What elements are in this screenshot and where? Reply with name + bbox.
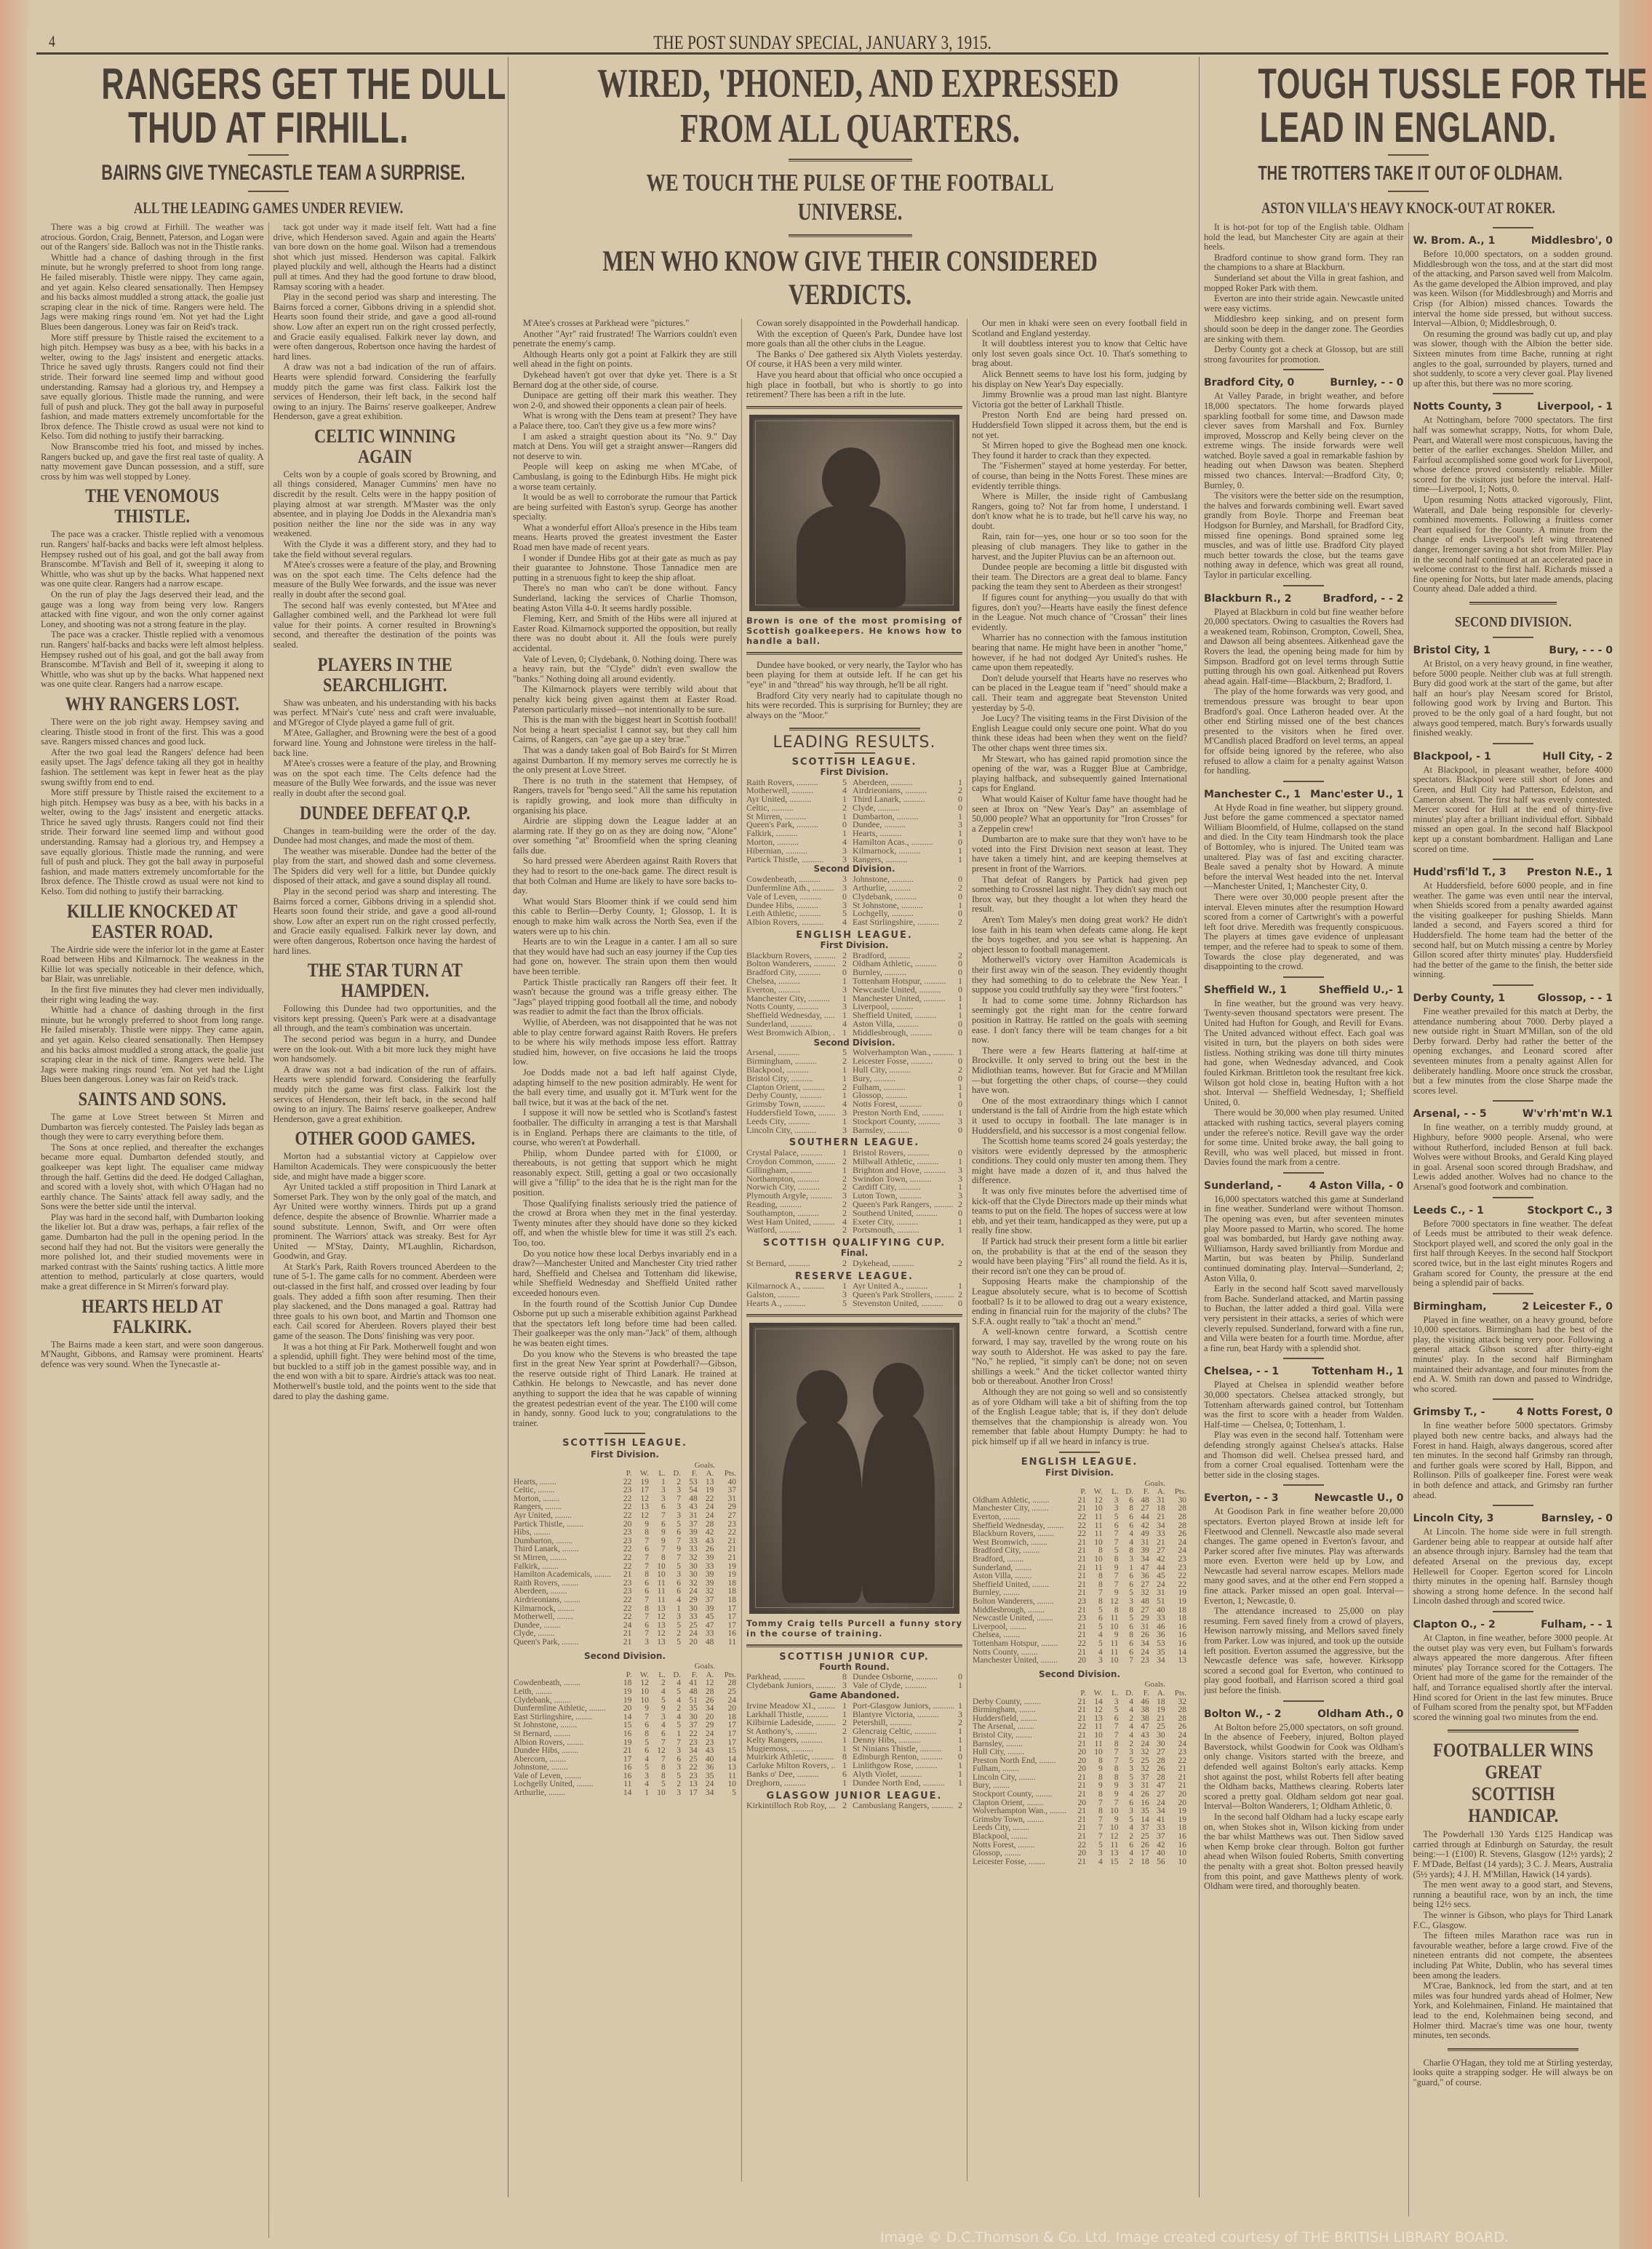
match-score-heading: Arsenal, - - 5W'v'rh'mt'n W.1 (1413, 1107, 1613, 1120)
article-paragraph: Wyllie, of Aberdeen, was not disappointe… (513, 1018, 737, 1067)
article-paragraph: Dunipace are getting off their mark this… (513, 391, 737, 410)
divider (1283, 1358, 1324, 1359)
article-paragraph: Whittle had a chance of dashing through … (41, 1006, 264, 1085)
article-paragraph: Our men in khaki were seen on every foot… (972, 319, 1187, 338)
result-row: Leith Athletic, ..........5Lochgelly, ..… (746, 909, 962, 918)
result-row: Kelty Rangers, ..........1Denny Hibs, ..… (746, 1736, 962, 1745)
article-paragraph: tack got under way it made itself felt. … (274, 223, 497, 292)
match-score-heading: Sheffield W., 1Sheffield U.,- 1 (1204, 984, 1404, 997)
result-row: Kilbirnie Ladeside, ..........2Petershil… (746, 1719, 962, 1727)
result-row: Bristol City, ..........1Bury, .........… (746, 1075, 962, 1083)
divider (604, 1433, 645, 1434)
article-paragraph: At Blackpool, in pleasant weather, befor… (1413, 765, 1613, 854)
result-row: Southampton, ..........2Southend United,… (746, 1209, 962, 1218)
result-row: Dundee Hibs, ..........3St Johnstone, ..… (746, 901, 962, 910)
article-paragraph: Changes in team-building were the order … (274, 827, 497, 846)
photo-figure-body (797, 506, 906, 608)
article-paragraph: A draw was not a bad indication of the r… (274, 1065, 497, 1125)
left-subhead: BAIRNS GIVE TYNECASTLE TEAM A SURPRISE. (101, 160, 435, 186)
article-paragraph: At Goodison Park in fine weather before … (1204, 1507, 1404, 1606)
right-column-2: W. Brom. A., 1Middlesbro', 0Before 10,00… (1408, 223, 1618, 2216)
table-row: Hull City, ........201073322723 (972, 1748, 1187, 1757)
section-heading-venomous: THE VENOMOUSTHISTLE. (56, 486, 248, 527)
divider (1493, 743, 1533, 744)
article-paragraph: At Nottingham, before 7000 spectators. T… (1413, 415, 1613, 495)
divider (1493, 1197, 1533, 1198)
divider (746, 1644, 962, 1647)
article-paragraph: Where is Miller, the inside right of Cam… (972, 492, 1187, 531)
article-paragraph: Fleming, Kerr, and Smith of the Hibs wer… (513, 614, 737, 653)
result-row: Hearts A., ..........5Stevenston United,… (746, 1299, 962, 1308)
result-row: St Anthony's, ..........2Glencraig Celti… (746, 1727, 962, 1736)
results-division-heading: First Division. (746, 942, 962, 950)
photo-craig-purcell-training (749, 1323, 959, 1614)
table-row: Arthurlie, ........14110317345 (513, 1789, 737, 1798)
english-table-second-division: Second Division. (972, 1670, 1187, 1680)
divider (1283, 585, 1324, 586)
article-paragraph: Joe Dodds made not a bad left half again… (513, 1068, 737, 1107)
results-league-heading: RESERVE LEAGUE. (746, 1273, 962, 1281)
english-league-table-second-division: Goals. P.W.L.D.F.A.Pts. Derby County, ..… (972, 1681, 1187, 1866)
article-paragraph: Everton are into their stride again. New… (1204, 294, 1404, 314)
article-paragraph: Philip, whom Dundee parted with for £100… (513, 1149, 737, 1198)
center-headline-line1: WIRED, 'PHONED, AND EXPRESSED (597, 61, 1103, 106)
match-score-heading: Blackburn R., 2Bradford, - - 2 (1204, 592, 1404, 605)
divider (1388, 154, 1429, 156)
section-heading-celtic: CELTIC WINNING AGAIN (289, 426, 481, 467)
article-paragraph: Fine weather prevailed for this match at… (1413, 1007, 1613, 1096)
results-league-heading: GLASGOW JUNIOR LEAGUE. (746, 1792, 962, 1801)
divider (1493, 1293, 1533, 1294)
scottish-table-first-division: First Division. (513, 1450, 737, 1460)
table-row: Dunfermline Athletic, ........2099235342… (513, 1705, 737, 1713)
article-paragraph: Wharrier has no connection with the famo… (972, 633, 1187, 672)
match-score-heading: Leeds C., - 1Stockport C., 3 (1413, 1204, 1613, 1217)
result-row: Clapton Orient, ..........2Fulham, .....… (746, 1083, 962, 1092)
result-row: Leeds City, ..........1Stockport County,… (746, 1118, 962, 1126)
result-row: Notts County, ..........3Liverpool, ....… (746, 1003, 962, 1011)
article-paragraph: Shaw was unbeaten, and his understanding… (274, 698, 497, 728)
result-row: Kirkintilloch Rob Roy, ..........2Cambus… (746, 1802, 962, 1810)
match-score-heading: Sunderland, -4 Aston Villa, - 0 (1204, 1179, 1404, 1193)
results-league-heading: SOUTHERN LEAGUE. (746, 1139, 962, 1147)
center-deck-line1: MEN WHO KNOW GIVE THEIR CONSIDERED (583, 244, 1116, 278)
article-paragraph: The second period was begun in a hurry, … (274, 1035, 497, 1064)
article-paragraph: Although they are not going so well and … (972, 1388, 1187, 1447)
result-row: Bolton Wanderers, ..........2Oldham Athl… (746, 960, 962, 968)
article-paragraph: Play in the second period was sharp and … (274, 292, 497, 362)
table-row: Everton, ........221156442128 (972, 1513, 1187, 1522)
newspaper-page: 4 THE POST SUNDAY SPECIAL, JANUARY 3, 19… (28, 29, 1617, 2212)
result-row: Grimsby Town, ..........4Notts Forest, .… (746, 1100, 962, 1109)
divider (834, 752, 875, 754)
article-paragraph: People will keep on asking me when M'Cab… (513, 462, 737, 492)
results-division-heading: First Division. (746, 768, 962, 777)
article-paragraph: Celts won by a couple of goals scored by… (274, 470, 497, 539)
results-league-heading: SCOTTISH QUALIFYING CUP. (746, 1239, 962, 1248)
article-paragraph: The Airdrie side were the inferior lot i… (41, 945, 264, 984)
center-column-2: Cowan sorely disappointed in the Powderh… (741, 319, 967, 2181)
result-row: St Mirren, ..........1Dumbarton, .......… (746, 813, 962, 821)
article-paragraph: Do you know who the Stevens is who breas… (513, 1350, 737, 1429)
article-paragraph: Vale of Leven, 0; Clydebank, 0. Nothing … (513, 655, 737, 685)
article-paragraph: Dundee have booked, or very nearly, the … (746, 661, 962, 690)
result-row: Manchester City, ..........1Manchester U… (746, 995, 962, 1003)
result-row: Ayr United, ..........1Third Lanark, ...… (746, 795, 962, 804)
result-row: Dunfermline Ath., ..........3Arthurlie, … (746, 884, 962, 893)
result-row: Sunderland, ..........4Aston Villa, ....… (746, 1020, 962, 1029)
article-paragraph: In fine weather before 5000 spectators. … (1413, 1421, 1613, 1500)
masthead-title: THE POST SUNDAY SPECIAL, JANUARY 3, 1915… (171, 32, 1475, 54)
article-paragraph: Joe Lucy? The visiting teams in the Firs… (972, 714, 1187, 753)
article-paragraph: At Huddersfield, before 6000 people, and… (1413, 881, 1613, 980)
article-paragraph: After the two goal lead the Rangers' def… (41, 748, 264, 787)
left-story-column-2: tack got under way it made itself felt. … (268, 223, 501, 2238)
divider (1493, 1505, 1533, 1506)
photo-figure-body (782, 1421, 862, 1603)
article-paragraph: With the Clyde it was a different story,… (274, 540, 497, 560)
article-paragraph: Don't delude yourself that Hearts have n… (972, 674, 1187, 713)
article-paragraph: Another "Ayr" raid frustrated! The Warri… (513, 330, 737, 349)
junior-results-list: SCOTTISH JUNIOR CUP.Fourth Round.Parkhea… (746, 1653, 962, 1811)
english-table-league: ENGLISH LEAGUE. (972, 1457, 1187, 1468)
divider (746, 652, 962, 655)
article-paragraph: In fine weather, but the ground was very… (1204, 999, 1404, 1108)
results-league-heading: SCOTTISH LEAGUE. (746, 758, 962, 767)
divider (1493, 1398, 1533, 1400)
article-paragraph: At Bristol, on a very heavy ground, in f… (1413, 659, 1613, 739)
article-paragraph: Have you heard about that official who o… (746, 370, 962, 400)
article-paragraph: Derby County got a check at Glossop, but… (1204, 345, 1404, 365)
result-row: Queen's Park, ..........0Dundee, .......… (746, 821, 962, 829)
divider (248, 191, 289, 192)
table-row: Queen's Park, ........213135204811 (513, 1639, 737, 1647)
match-score-heading: Derby County, 1Glossop, - - 1 (1413, 992, 1613, 1005)
article-paragraph: Bradford City very nearly had to capitul… (746, 691, 962, 721)
article-paragraph: The attendance increased to 25,000 on pl… (1204, 1607, 1404, 1695)
result-row: Chelsea, ..........1Tottenham Hotspur, .… (746, 977, 962, 986)
scottish-table-league: SCOTTISH LEAGUE. (513, 1438, 737, 1449)
article-paragraph: Played at Blackburn in cold but fine wea… (1204, 608, 1404, 687)
divider (1283, 1172, 1324, 1174)
result-row: Cowdenbeath, ..........3Johnstone, .....… (746, 875, 962, 884)
photo-caption-brown: Brown is one of the most promising of Sc… (746, 616, 962, 646)
scottish-table-second-division: Second Division. (513, 1652, 737, 1662)
article-paragraph: A well-known centre forward, a Scottish … (972, 1327, 1187, 1387)
article-paragraph: Airdrie are slipping down the League lad… (513, 816, 737, 856)
result-row: Northampton, ..........2Swindon Town, ..… (746, 1175, 962, 1184)
right-story: TOUGH TUSSLE FOR THE LEAD IN ENGLAND. TH… (1199, 57, 1617, 2197)
table-row: St Mirren, ........22787323921 (513, 1554, 737, 1563)
match-score-heading: Lincoln City, 3Barnsley, - 0 (1413, 1512, 1613, 1525)
article-paragraph: The Kilmarnock players were terribly wil… (513, 685, 737, 714)
article-paragraph: One of the most extraordinary things whi… (972, 1096, 1187, 1136)
article-paragraph: Upon resuming Notts attacked vigorously,… (1413, 495, 1613, 594)
result-row: Blackburn Rovers, ..........2Bradford, .… (746, 952, 962, 960)
photo-figure-head (797, 1370, 847, 1428)
result-row: Mugiemoss, ..........1St Ninians Thistle… (746, 1745, 962, 1754)
divider (746, 1314, 962, 1317)
result-row: Vale of Leven, ..........0Clydebank, ...… (746, 893, 962, 901)
section-heading-players-searchlight: PLAYERS IN THESEARCHLIGHT. (289, 655, 481, 696)
article-paragraph: There were over 30,000 people present af… (1204, 893, 1404, 972)
divider (1448, 2048, 1579, 2051)
divider (1283, 369, 1324, 370)
divider (789, 234, 912, 237)
article-paragraph: If Partick had struck their present form… (972, 1237, 1187, 1276)
scottish-league-table-second-division: Goals. P.W.L.D.F.A.Pts. Cowdenbeath, ...… (513, 1663, 737, 1798)
article-paragraph: I am asked a straight question about its… (513, 432, 737, 462)
masthead: 4 THE POST SUNDAY SPECIAL, JANUARY 3, 19… (28, 29, 1617, 52)
result-row: Parkhead, ..........8Dundee Osborne, ...… (746, 1673, 962, 1681)
leading-results-title: LEADING RESULTS. (746, 738, 962, 748)
results-league-heading: SCOTTISH JUNIOR CUP. (746, 1653, 962, 1662)
masthead-rule (36, 52, 1608, 55)
result-row: Blackpool, ..........1Hull City, .......… (746, 1066, 962, 1075)
article-paragraph: It had to come some time. Johnny Richard… (972, 996, 1187, 1046)
center-column-3: Our men in khaki were seen on every foot… (967, 319, 1192, 2181)
article-paragraph: Early in the second half Scott saved mar… (1204, 1284, 1404, 1353)
table-row: Airdrieonians, ........227114293718 (513, 1596, 737, 1605)
article-paragraph: M'Crae, Banknock, led from the start, an… (1413, 1981, 1613, 2041)
article-paragraph: There is no truth in the statement that … (513, 776, 737, 816)
article-paragraph: In the first five minutes they had cleve… (41, 985, 264, 1005)
results-division-heading: Second Division. (746, 1039, 962, 1048)
page-edge-right (1619, 0, 1652, 2249)
divider (1493, 227, 1533, 228)
article-paragraph: The pace was a cracker. Thistle replied … (41, 530, 264, 589)
article-paragraph: Now Branscombe tried his foot, and misse… (41, 442, 264, 482)
right-story-columns: It is hot-pot for top of the English tab… (1200, 223, 1617, 2216)
article-paragraph: I suppose it will now be settled who is … (513, 1108, 737, 1147)
article-paragraph: So hard pressed were Aberdeen against Ra… (513, 856, 737, 896)
result-row: Partick Thistle, ..........3Rangers, ...… (746, 856, 962, 864)
center-subhead-line2: UNIVERSE. (583, 198, 1116, 227)
section-heading-other-good-games: OTHER GOOD GAMES. (289, 1129, 481, 1149)
left-story: RANGERS GET THE DULL THUD AT FIRHILL. BA… (36, 57, 500, 2197)
article-paragraph: Do you notice how these local Derbys inv… (513, 1249, 737, 1299)
article-paragraph: Ayr United tackled a stiff proposition i… (274, 1182, 497, 1262)
article-paragraph: It was only five minutes before the adve… (972, 1187, 1187, 1236)
article-paragraph: At Stark's Park, Raith Rovers trounced A… (274, 1262, 497, 1342)
article-paragraph: Motherwell's victory over Hamilton Acade… (972, 955, 1187, 995)
result-row: Watford, ..........2Portsmouth, ........… (746, 1226, 962, 1235)
table-row: Dundee Hibs, ........216123344315 (513, 1747, 737, 1756)
divider (1493, 1611, 1533, 1612)
result-row: Motherwell, ..........4Airdrieonians, ..… (746, 787, 962, 795)
article-paragraph: I wonder if Dundee Hibs got at their gat… (513, 554, 737, 584)
match-score-heading: Birmingham,2 Leicester F., 0 (1413, 1300, 1613, 1313)
divider (1283, 1700, 1324, 1702)
table-row: Stockport County, ........21894262720 (972, 1791, 1187, 1799)
table-row: Blackpool, ........217122253716 (972, 1833, 1187, 1842)
result-row: Albion Rovers, ..........4East Stirlings… (746, 918, 962, 927)
article-paragraph: Hearts are to win the League in a canter… (513, 937, 737, 976)
article-paragraph: At Bolton before 25,000 spectators, on s… (1204, 1723, 1404, 1812)
page-number: 4 (49, 32, 55, 51)
result-row: Everton, ..........3Newcastle United, ..… (746, 986, 962, 995)
article-paragraph: What is wrong with the Dens team at pres… (513, 411, 737, 431)
result-row: West Bromwich Albion, ..........1Middles… (746, 1029, 962, 1038)
article-paragraph: Played in fine weather, on a heavy groun… (1413, 1315, 1613, 1395)
article-paragraph: With the exception of Queen's Park, Dund… (746, 330, 962, 349)
article-paragraph: Partick Thistle practically ran Rangers … (513, 978, 737, 1017)
section-heading-killie: KILLIE KNOCKED ATEASTER ROAD. (56, 901, 248, 942)
right-headline-line1: TOUGH TUSSLE FOR THE (1258, 63, 1558, 106)
left-story-column-1: There was a big crowd at Firhill. The we… (36, 223, 268, 2238)
result-row: Falkirk, ..........1Hearts, ..........1 (746, 829, 962, 838)
article-paragraph: Middlesbro keep sinking, and on present … (1204, 314, 1404, 344)
photo-caption-craig: Tommy Craig tells Purcell a funny story … (746, 1618, 962, 1639)
article-paragraph: Aren't Tom Maley's men doing great work?… (972, 915, 1187, 955)
article-paragraph: The game at Love Street between St Mirre… (41, 1112, 264, 1142)
article-paragraph: Played at Chelsea in splendid weather be… (1204, 1380, 1404, 1430)
result-row: Kilmarnock A., ..........1Ayr United A.,… (746, 1282, 962, 1291)
article-paragraph: The Bairns made a keen start, and were s… (41, 1340, 264, 1370)
article-paragraph: Cowan sorely disappointed in the Powderh… (746, 319, 962, 329)
left-deck: ALL THE LEADING GAMES UNDER REVIEW. (87, 196, 450, 220)
article-paragraph: It was a hot thing at Fir Park. Motherwe… (274, 1342, 497, 1402)
article-paragraph: In the second half Oldham had a lucky es… (1204, 1812, 1404, 1892)
result-row: West Ham United, ..........4Exeter City,… (746, 1218, 962, 1227)
article-paragraph: The pace was a cracker. Thistle replied … (41, 630, 264, 690)
center-story: WIRED, 'PHONED, AND EXPRESSED FROM ALL Q… (508, 57, 1192, 2197)
divider (789, 159, 912, 162)
article-paragraph: What would Kaiser of Kultur fame have th… (972, 795, 1187, 834)
article-paragraph: M'Atee, Gallagher, and Browning were the… (274, 728, 497, 758)
article-paragraph: The Powderhall 130 Yards £125 Handicap w… (1413, 1830, 1613, 1879)
result-row: Muirkirk Athletic, ..........8Edinburgh … (746, 1753, 962, 1762)
article-paragraph: Whittle had a chance of dashing through … (41, 253, 264, 333)
right-headline-line2: LEAD IN ENGLAND. (1258, 106, 1558, 150)
result-row: Dreghorn, ..........1Dundee North End, .… (746, 1779, 962, 1788)
divider (789, 728, 920, 731)
divider (1283, 976, 1324, 978)
result-row: Birmingham, ..........2Leicester Fosse, … (746, 1057, 962, 1066)
divider (1059, 1452, 1100, 1453)
article-paragraph: The winner is Gibson, who plays for Thir… (1413, 1911, 1613, 1930)
article-paragraph: At Clapton, in fine weather, before 3000… (1413, 1633, 1613, 1722)
article-paragraph: Alick Bennett seems to have lost his for… (972, 370, 1187, 389)
section-heading-hearts-held: HEARTS HELD ATFALKIRK. (56, 1297, 248, 1337)
photo-figure-head (873, 1363, 924, 1421)
article-paragraph: Play in the second period was sharp and … (274, 887, 497, 956)
divider (1283, 1484, 1324, 1486)
divider (248, 154, 289, 156)
results-league-heading: ENGLISH LEAGUE. (746, 931, 962, 940)
center-deck-line2: VERDICTS. (583, 278, 1116, 311)
center-story-columns: M'Atee's crosses at Parkhead were "pictu… (508, 319, 1192, 2181)
result-row: Larkhall Thistle, ..........1Blantyre Vi… (746, 1711, 962, 1719)
divider (1283, 781, 1324, 782)
match-score-heading: Manchester C., 1Manc'ester U., 1 (1204, 788, 1404, 801)
article-paragraph: The fifteen miles Marathon race was run … (1413, 1931, 1613, 1981)
table-row: Bristol City, ........211074433024 (972, 1732, 1187, 1740)
article-paragraph: That defeat of Rangers by Partick had gi… (972, 875, 1187, 915)
table-row: Manchester United, ........203107233413 (972, 1657, 1187, 1665)
article-paragraph: On resuming the ground was badly cut up,… (1413, 330, 1613, 389)
photo-figure-body (862, 1414, 935, 1603)
english-league-table-first-division: Goals. P.W.L.D.F.A.Pts. Oldham Athletic,… (972, 1480, 1187, 1665)
result-row: Banks o' Dee, ..........6Alyth Violet, .… (746, 1770, 962, 1779)
article-paragraph: At Lincoln. The home side were in full s… (1413, 1527, 1613, 1607)
article-paragraph: In the fourth round of the Scottish Juni… (513, 1299, 737, 1349)
table-row: Ayr United, ........221273312427 (513, 1512, 737, 1521)
article-paragraph: Jimmy Brownlie was a proud man last nigh… (972, 390, 1187, 410)
section-heading-star-turn: THE STAR TURN ATHAMPDEN. (289, 960, 481, 1001)
article-paragraph: Dykehead haven't got over that dyke yet.… (513, 370, 737, 390)
article-paragraph: The Scottish home teams scored 24 goals … (972, 1137, 1187, 1186)
leading-results-list: SCOTTISH LEAGUE.First Division.Raith Rov… (746, 758, 962, 1308)
section-heading-dundee-defeat-qp: DUNDEE DEFEAT Q.P. (289, 803, 481, 824)
handicap-headline: FOOTBALLER WINS GREATSCOTTISH HANDICAP. (1427, 1740, 1599, 1827)
match-score-heading: Blackpool, - 1Hull City, - 2 (1413, 750, 1613, 763)
result-row: Irvine Meadow XI., ..........1Port-Glasg… (746, 1702, 962, 1711)
results-division-heading: Fourth Round. (746, 1663, 962, 1672)
result-row: Galston, ..........3Queen's Park Strolle… (746, 1291, 962, 1299)
article-paragraph: St Mirren hoped to give the Boghead men … (972, 441, 1187, 461)
article-paragraph: The Sons at once replied, and thereafter… (41, 1143, 264, 1212)
divider (1493, 393, 1533, 394)
article-paragraph: There was a big crowd at Firhill. The we… (41, 223, 264, 252)
article-paragraph: At Valley Parade, in bright weather, and… (1204, 391, 1404, 490)
table-row: Leith, ........191045482825 (513, 1688, 737, 1697)
table-row: St Bernard, ........16861222417 (513, 1730, 737, 1739)
result-row: Derby County, ..........1Glossop, ......… (746, 1091, 962, 1100)
result-row: Sheffield Wednesday, ..........1Sheffiel… (746, 1011, 962, 1020)
page-edge-left (0, 0, 29, 2249)
match-score-heading: Bolton W., - 2Oldham Ath., 0 (1204, 1708, 1404, 1721)
article-paragraph: The weather was miserable. Dundee had th… (274, 847, 497, 886)
table-row: Birmingham, ........211254381928 (972, 1706, 1187, 1715)
table-row: Bradford, ........211083344223 (972, 1556, 1187, 1564)
result-row: Carluke Milton Rovers, ..........1Linlit… (746, 1762, 962, 1770)
article-paragraph: Rain, rain for—yes, one hour or so too s… (972, 532, 1187, 562)
article-paragraph: On the run of play the Jags deserved the… (41, 590, 264, 629)
divider (1388, 191, 1429, 192)
divider (1469, 602, 1557, 605)
result-row: Morton, ..........4Hamilton Acas., .....… (746, 838, 962, 847)
article-paragraph: There were on the job right away. Hempse… (41, 717, 264, 747)
article-paragraph: M'Atee's crosses at Parkhead were "pictu… (513, 319, 737, 329)
article-paragraph: Morton had a substantial victory at Capp… (274, 1152, 497, 1182)
center-column-1: M'Atee's crosses at Parkhead were "pictu… (508, 319, 741, 2181)
article-paragraph: Those Qualifying finalists seriously tri… (513, 1199, 737, 1249)
result-row: Raith Rovers, ..........5Aberdeen, .....… (746, 779, 962, 787)
article-paragraph: Supposing Hearts make the championship o… (972, 1277, 1187, 1326)
article-paragraph: What would Stars Bloomer think if we cou… (513, 897, 737, 936)
match-score-heading: Notts County, 3Liverpool, - 1 (1413, 400, 1613, 413)
table-row: Tottenham Hotspur, ........225116345316 (972, 1640, 1187, 1649)
article-paragraph: Bradford continue to show grand form. Th… (1204, 253, 1404, 273)
article-paragraph: More stiff pressure by Thistle raised th… (41, 788, 264, 897)
divider (1493, 637, 1533, 638)
results-division-heading: Final. (746, 1249, 962, 1258)
right-subhead: THE TROTTERS TAKE IT OUT OF OLDHAM. (1258, 160, 1558, 186)
center-subhead-line1: WE TOUCH THE PULSE OF THE FOOTBALL (583, 169, 1116, 198)
match-score-heading: Bristol City, 1Bury, - - - 0 (1413, 644, 1613, 657)
results-division-heading: Second Division. (746, 865, 962, 874)
result-row: Crystal Palace, ..........1Bristol Rover… (746, 1149, 962, 1158)
center-headline-line2: FROM ALL QUARTERS. (597, 106, 1103, 151)
left-headline-line2: THUD AT FIRHILL. (101, 106, 435, 150)
image-credit: Image © D.C.Thomson & Co. Ltd. Image cre… (880, 2229, 1509, 2245)
result-row: Huddersfield Town, ..........3Preston No… (746, 1109, 962, 1118)
article-paragraph: A draw was not a bad indication of the r… (274, 362, 497, 422)
result-row: Arsenal, ..........5Wolverhampton Wan., … (746, 1048, 962, 1057)
results-division-heading: Game Abandoned. (746, 1692, 962, 1700)
match-score-heading: Clapton O., - 2Fulham, - - 1 (1413, 1618, 1613, 1631)
